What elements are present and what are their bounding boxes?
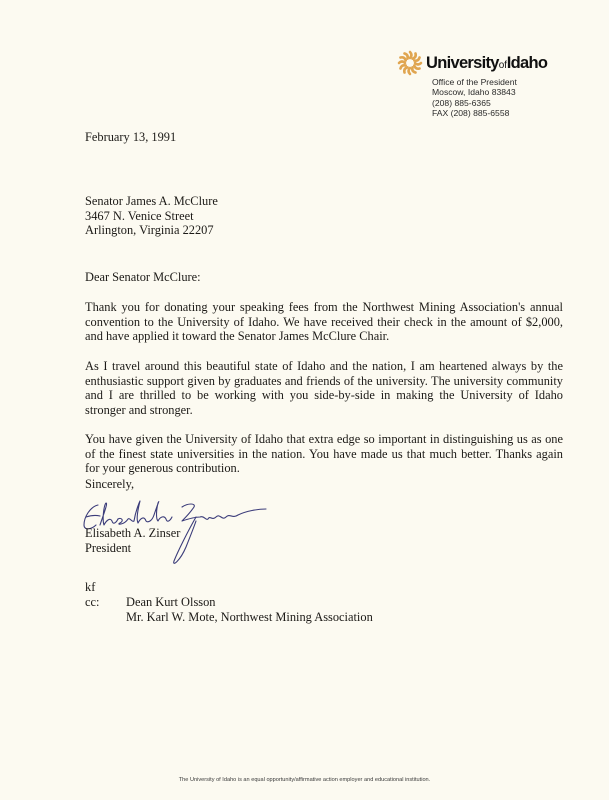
wordmark-idaho: Idaho (507, 54, 548, 72)
wordmark-university: University (426, 54, 499, 72)
signer-name: Elisabeth A. Zinser (85, 526, 180, 541)
paragraph-3: You have given the University of Idaho t… (85, 432, 563, 476)
office-name: Office of the President (432, 77, 597, 87)
office-phone: (208) 885-6365 (432, 98, 597, 108)
office-city: Moscow, Idaho 83843 (432, 87, 597, 97)
office-fax: FAX (208) 885-6558 (432, 108, 597, 118)
university-wordmark: UniversityofIdaho (426, 54, 547, 73)
logo-row: UniversityofIdaho (397, 49, 597, 77)
footer-eeo-statement: The University of Idaho is an equal oppo… (0, 777, 609, 783)
cc-recipient: Mr. Karl W. Mote, Northwest Mining Assoc… (126, 610, 373, 625)
cc-list: Dean Kurt Olsson Mr. Karl W. Mote, North… (126, 595, 373, 624)
letterhead: UniversityofIdaho Office of the Presiden… (397, 49, 597, 118)
signer-title: President (85, 541, 180, 556)
signer-block: Elisabeth A. Zinser President (85, 526, 180, 555)
cc-block: cc: Dean Kurt Olsson Mr. Karl W. Mote, N… (85, 595, 373, 624)
wordmark-of: of (499, 60, 507, 71)
cc-recipient: Dean Kurt Olsson (126, 595, 373, 610)
cc-label: cc: (85, 595, 126, 624)
paragraph-2: As I travel around this beautiful state … (85, 359, 563, 418)
sunburst-logo-icon (397, 50, 423, 76)
typist-initials: kf (85, 580, 95, 595)
recipient-city: Arlington, Virginia 22207 (85, 223, 218, 238)
recipient-address: Senator James A. McClure 3467 N. Venice … (85, 194, 218, 238)
closing: Sincerely, (85, 477, 134, 492)
letterhead-contact: Office of the President Moscow, Idaho 83… (432, 77, 597, 118)
recipient-name: Senator James A. McClure (85, 194, 218, 209)
salutation: Dear Senator McClure: (85, 270, 201, 285)
letter-date: February 13, 1991 (85, 130, 176, 145)
recipient-street: 3467 N. Venice Street (85, 209, 218, 224)
paragraph-1: Thank you for donating your speaking fee… (85, 300, 563, 344)
